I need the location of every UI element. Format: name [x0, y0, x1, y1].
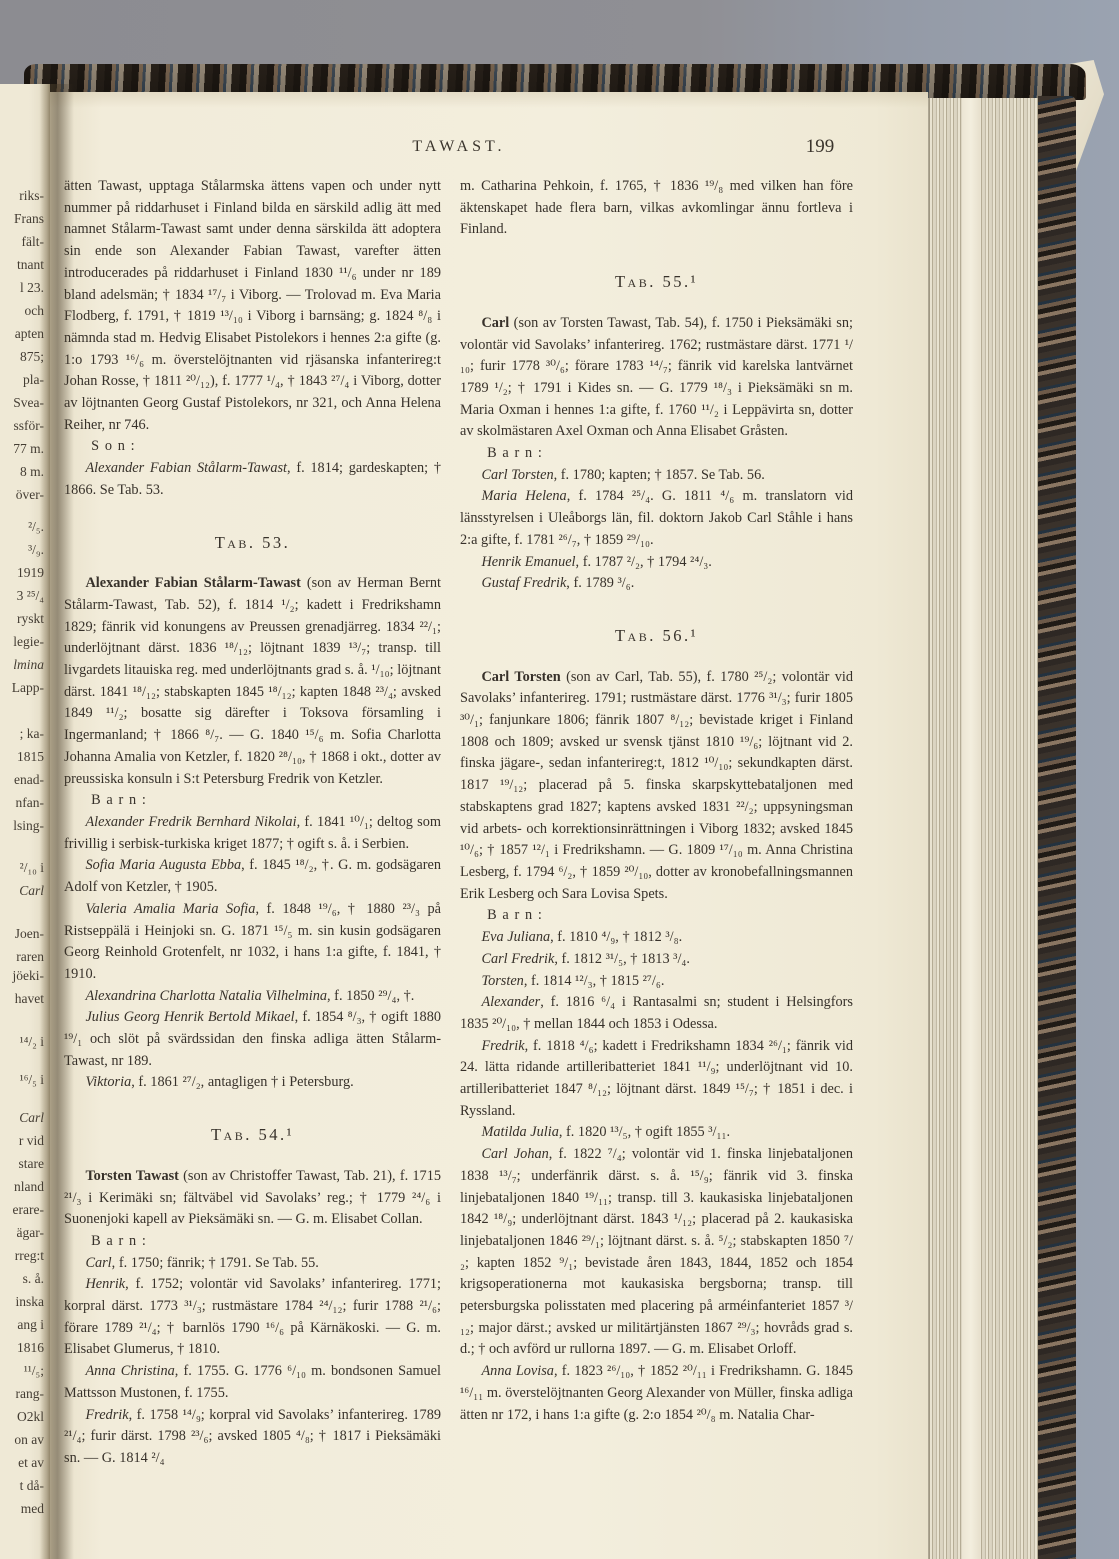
person-name: Henrik: [85, 1276, 125, 1292]
facing-page-text-fragment: Carl: [19, 1110, 44, 1126]
child-entry: Alexander Fredrik Bernhard Nikolai, f. 1…: [64, 812, 441, 855]
person-name: Carl Johan: [481, 1146, 548, 1162]
facing-page-text-fragment: inska: [16, 1294, 45, 1310]
child-entry: Gustaf Fredrik, f. 1789 ³/₆.: [460, 573, 853, 595]
facing-page-text-fragment: raren: [16, 949, 44, 965]
child-entry: Alexander Fabian Stålarm-Tawast, f. 1814…: [64, 458, 441, 501]
facing-page-text-fragment: legie-: [13, 634, 44, 650]
person-name: Carl: [85, 1255, 111, 1271]
facing-page-text-fragment: apten: [15, 326, 44, 342]
person-name: Anna Christina: [85, 1363, 174, 1379]
facing-page-text-fragment: lsing-: [13, 818, 44, 834]
person-name: Carl Torsten: [481, 669, 560, 685]
child-entry: Anna Lovisa, f. 1823 ²⁶/₁₀, † 1852 ²⁰/₁₁…: [460, 1361, 853, 1426]
person-name: Valeria Amalia Maria Sofia: [85, 901, 255, 917]
person-name: Gustaf Fredrik: [481, 575, 566, 591]
table-heading: Tab. 55.¹: [460, 271, 853, 293]
facing-page-text-fragment: havet: [15, 991, 44, 1007]
facing-page-text-fragment: ¹⁶/₅ i: [20, 1072, 44, 1088]
facing-page-text-fragment: nfan-: [16, 795, 44, 811]
right-text-column: m. Catharina Pehkoin, f. 1765, † 1836 ¹⁹…: [460, 176, 853, 1426]
facing-page-text-fragment: ²/₅.: [28, 519, 44, 535]
marbled-board-edge: [1038, 96, 1076, 1559]
child-entry: Torsten, f. 1814 ¹²/₃, † 1815 ²⁷/₆.: [460, 971, 853, 993]
facing-page-text-fragment: Frans: [14, 211, 44, 227]
children-label: Barn:: [460, 443, 853, 465]
children-label: Barn:: [64, 790, 441, 812]
person-name: Matilda Julia: [481, 1124, 558, 1140]
facing-page-text-fragment: 3 ²⁵/₄: [17, 588, 44, 604]
person-entry: Carl (son av Torsten Tawast, Tab. 54), f…: [460, 313, 853, 443]
facing-page-text-fragment: Carl: [19, 883, 44, 899]
person-name: Alexander Fabian Stålarm-Tawast: [85, 460, 287, 476]
facing-page-text-fragment: 77 m.: [13, 441, 44, 457]
child-entry: Maria Helena, f. 1784 ²⁵/₄. G. 1811 ⁴/₆ …: [460, 486, 853, 551]
person-name: Alexander Fabian Stålarm-Tawast: [85, 575, 300, 591]
table-heading: Tab. 53.: [64, 532, 441, 554]
person-name: Sofia Maria Augusta Ebba: [85, 857, 241, 873]
facing-page-text-fragment: 1815: [17, 749, 44, 765]
person-name: Torsten: [481, 973, 523, 989]
facing-page-text-fragment: ssför-: [14, 418, 44, 434]
paragraph: m. Catharina Pehkoin, f. 1765, † 1836 ¹⁹…: [460, 176, 853, 241]
facing-page-text-fragment: ³/₉.: [28, 542, 44, 558]
child-entry: Fredrik, f. 1758 ¹⁴/₉; korpral vid Savol…: [64, 1405, 441, 1470]
child-entry: Carl Fredrik, f. 1812 ³¹/₅, † 1813 ³/₄.: [460, 949, 853, 971]
person-name: Alexander Fredrik Bernhard Nikolai: [85, 814, 296, 830]
facing-page-text-fragment: ägar-: [17, 1225, 44, 1241]
person-name: Julius Georg Henrik Bertold Mikael: [85, 1009, 294, 1025]
person-name: Eva Juliana: [481, 929, 550, 945]
child-entry: Valeria Amalia Maria Sofia, f. 1848 ¹⁹/₆…: [64, 899, 441, 986]
fore-edge-page-stack: [928, 98, 1038, 1559]
facing-page-text-fragment: nland: [14, 1179, 44, 1195]
person-entry: Torsten Tawast (son av Christoffer Tawas…: [64, 1166, 441, 1231]
facing-page-text-fragment: rreg:t: [15, 1248, 44, 1264]
facing-page-text-fragment: O2kl: [17, 1409, 44, 1425]
facing-page-text-fragment: riks-: [19, 188, 44, 204]
person-name: Alexander: [481, 994, 540, 1010]
person-name: Anna Lovisa: [481, 1363, 554, 1379]
facing-page-text-fragment: on av: [14, 1432, 44, 1448]
running-header: TAWAST.: [64, 138, 854, 156]
person-name: Torsten Tawast: [85, 1168, 178, 1184]
facing-page-text-fragment: lmina: [13, 657, 44, 673]
person-name: Maria Helena: [481, 488, 566, 504]
facing-page-text-fragment: ryskt: [17, 611, 44, 627]
table-heading: Tab. 54.¹: [64, 1124, 441, 1146]
child-entry: Sofia Maria Augusta Ebba, f. 1845 ¹⁸/₂, …: [64, 855, 441, 898]
facing-page-edge: riks-Fransfält-tnantl 23.ochapten875;pla…: [0, 84, 50, 1559]
child-entry: Alexandrina Charlotta Natalia Vilhelmina…: [64, 986, 441, 1008]
child-entry: Alexander, f. 1816 ⁶/₄ i Rantasalmi sn; …: [460, 992, 853, 1035]
facing-page-text-fragment: enad-: [14, 772, 44, 788]
facing-page-text-fragment: ¹¹/₅;: [24, 1363, 44, 1379]
child-entry: Carl Johan, f. 1822 ⁷/₄; volontär vid 1.…: [460, 1144, 853, 1361]
person-name: Fredrik: [85, 1407, 128, 1423]
child-entry: Anna Christina, f. 1755. G. 1776 ⁶/₁₀ m.…: [64, 1361, 441, 1404]
child-entry: Viktoria, f. 1861 ²⁷/₂, antagligen † i P…: [64, 1072, 441, 1094]
facing-page-text-fragment: l 23.: [20, 280, 44, 296]
facing-page-text-fragment: ; ka-: [20, 726, 44, 742]
facing-page-text-fragment: Joen-: [15, 926, 44, 942]
facing-page-text-fragment: jöeki-: [13, 968, 45, 984]
person-name: Alexandrina Charlotta Natalia Vilhelmina: [85, 988, 327, 1004]
facing-page-text-fragment: 1816: [17, 1340, 44, 1356]
person-name: Fredrik: [481, 1038, 524, 1054]
book-photo-scene: riks-Fransfält-tnantl 23.ochapten875;pla…: [0, 0, 1119, 1559]
facing-page-text-fragment: r vid: [19, 1133, 44, 1149]
facing-page-text-fragment: Lapp-: [12, 680, 44, 696]
facing-page-text-fragment: ¹⁴/₂ i: [20, 1034, 44, 1050]
facing-page-text-fragment: med: [21, 1501, 44, 1517]
facing-page-text-fragment: ang i: [17, 1317, 44, 1333]
person-name: Carl Torsten: [481, 467, 553, 483]
fore-edge-highlight: [962, 98, 980, 1559]
facing-page-text-fragment: rang-: [16, 1386, 44, 1402]
child-entry: Eva Juliana, f. 1810 ⁴/₉, † 1812 ³/₈.: [460, 927, 853, 949]
facing-page-text-fragment: pla-: [23, 372, 44, 388]
page-surface: TAWAST. 199 ätten Tawast, upptaga Stålar…: [50, 92, 928, 1559]
facing-page-text-fragment: s. å.: [23, 1271, 44, 1287]
facing-page-text-fragment: och: [25, 303, 45, 319]
facing-page-text-fragment: över-: [16, 487, 44, 503]
left-text-column: ätten Tawast, upptaga Stålarmska ättens …: [64, 176, 441, 1470]
facing-page-text-fragment: erare-: [13, 1202, 44, 1218]
facing-page-text-fragment: 875;: [20, 349, 44, 365]
person-name: Henrik Emanuel: [481, 554, 575, 570]
children-label: Barn:: [460, 905, 853, 927]
paragraph: ätten Tawast, upptaga Stålarmska ättens …: [64, 176, 441, 436]
facing-page-text-fragment: 1919: [17, 565, 44, 581]
child-entry: Matilda Julia, f. 1820 ¹³/₅, † ogift 185…: [460, 1122, 853, 1144]
child-entry: Julius Georg Henrik Bertold Mikael, f. 1…: [64, 1007, 441, 1072]
child-entry: Fredrik, f. 1818 ⁴/₆; kadett i Fredriksh…: [460, 1036, 853, 1123]
child-entry: Carl Torsten, f. 1780; kapten; † 1857. S…: [460, 465, 853, 487]
facing-page-text-fragment: 8 m.: [20, 464, 44, 480]
person-name: Viktoria: [85, 1074, 131, 1090]
person-name: Carl Fredrik: [481, 951, 554, 967]
children-label: Barn:: [64, 1231, 441, 1253]
child-entry: Carl, f. 1750; fänrik; † 1791. Se Tab. 5…: [64, 1253, 441, 1275]
facing-page-text-fragment: ²/₁₀ i: [20, 860, 44, 876]
children-label: Son:: [64, 436, 441, 458]
person-entry: Carl Torsten (son av Carl, Tab. 55), f. …: [460, 667, 853, 906]
facing-page-text-fragment: t då-: [20, 1478, 44, 1494]
child-entry: Henrik, f. 1752; volontär vid Savolaks’ …: [64, 1274, 441, 1361]
facing-page-text-fragment: et av: [18, 1455, 44, 1471]
facing-page-text-fragment: fält-: [22, 234, 45, 250]
child-entry: Henrik Emanuel, f. 1787 ²/₂, † 1794 ²⁴/₃…: [460, 552, 853, 574]
person-name: Carl: [481, 315, 509, 331]
person-entry: Alexander Fabian Stålarm-Tawast (son av …: [64, 573, 441, 790]
facing-page-text-fragment: tnant: [17, 257, 44, 273]
facing-page-text-fragment: stare: [19, 1156, 44, 1172]
page-number: 199: [785, 136, 855, 158]
table-heading: Tab. 56.¹: [460, 625, 853, 647]
facing-page-text-fragment: Svea-: [13, 395, 44, 411]
